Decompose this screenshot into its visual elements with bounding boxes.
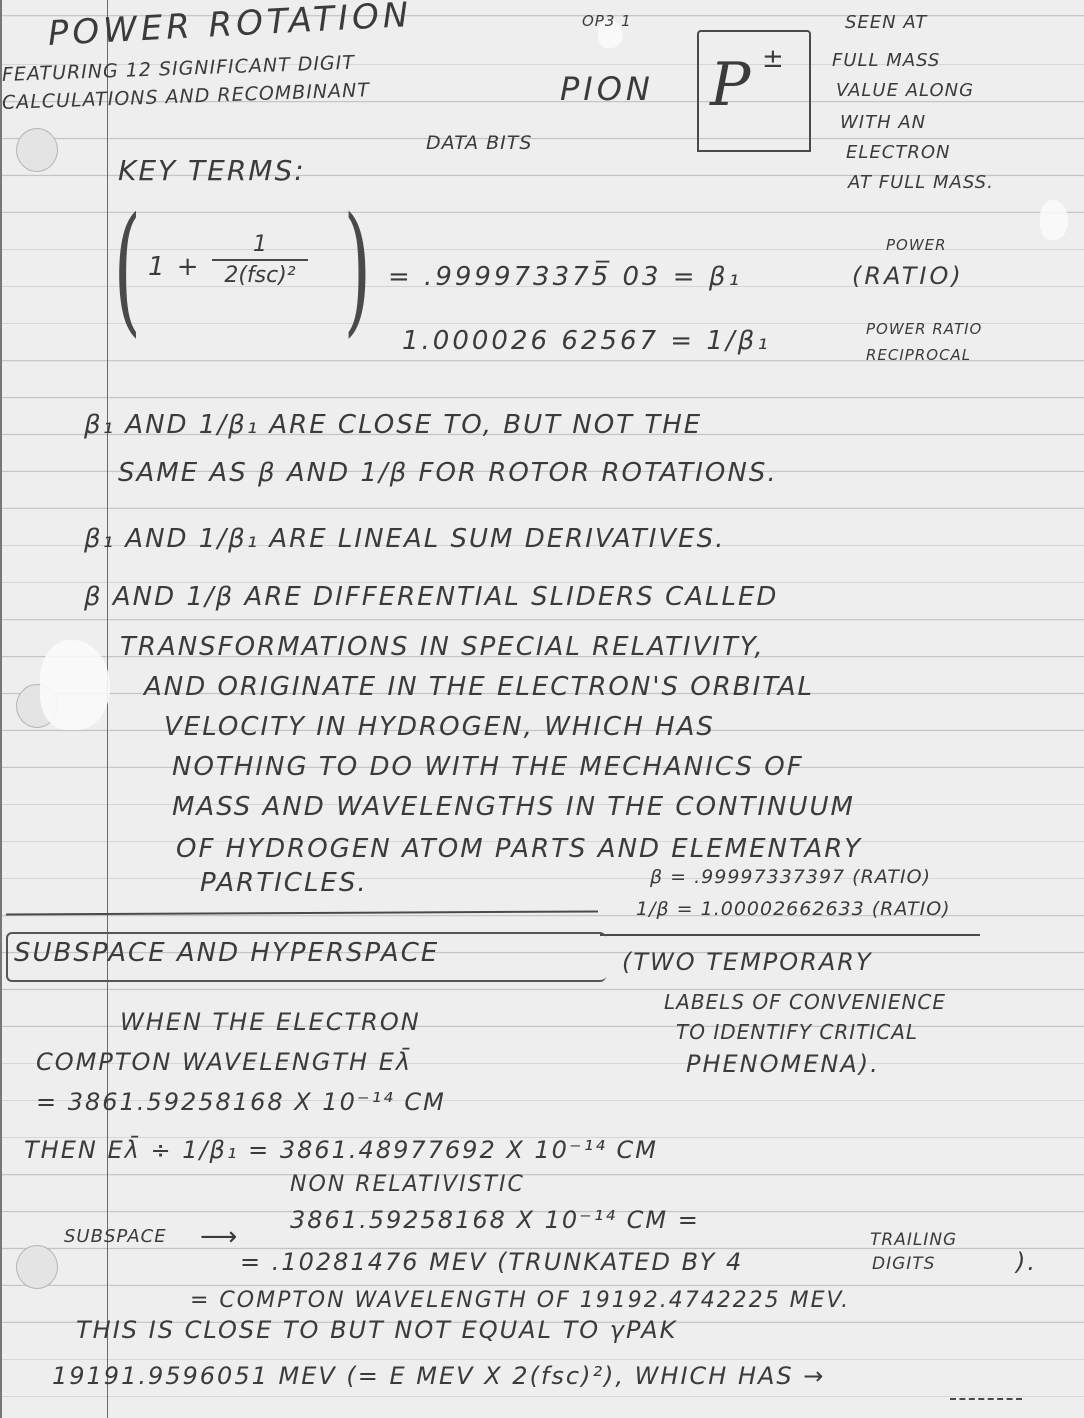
open-paren: ( — [114, 188, 141, 351]
section-line: = 3861.59258168 X 10⁻¹⁴ CM — [36, 1088, 446, 1116]
paragraph-line: β₁ AND 1/β₁ ARE CLOSE TO, BUT NOT THE — [84, 410, 702, 440]
inv-beta-ratio: 1/β = 1.00002662633 (RATIO) — [636, 898, 951, 920]
inv-beta1-note: RECIPROCAL — [866, 346, 971, 364]
punch-hole — [16, 128, 58, 172]
paper-smudge — [1040, 200, 1068, 240]
section-line: WHEN THE ELECTRON — [120, 1008, 421, 1036]
section-aside-line: LABELS OF CONVENIENCE — [664, 990, 946, 1014]
paragraph-line: TRANSFORMATIONS IN SPECIAL RELATIVITY, — [120, 632, 765, 662]
paragraph-line: β AND 1/β ARE DIFFERENTIAL SLIDERS CALLE… — [84, 582, 778, 612]
punch-hole — [16, 1245, 58, 1289]
paragraph-line: β₁ AND 1/β₁ ARE LINEAL SUM DERIVATIVES. — [84, 524, 725, 554]
side-note-line: ELECTRON — [846, 142, 950, 163]
section-line: COMPTON WAVELENGTH Eλ̄ — [36, 1048, 412, 1076]
close-paren: ) — [344, 188, 371, 351]
pion-charge: ± — [762, 46, 784, 72]
paragraph-line: MASS AND WAVELENGTHS IN THE CONTINUUM — [172, 792, 855, 822]
formula-fraction: 1 2(fsc)² — [212, 232, 308, 288]
subspace-value: 3861.59258168 X 10⁻¹⁴ CM = — [290, 1206, 700, 1234]
paragraph-line: PARTICLES. — [200, 868, 368, 898]
paragraph-line: NOTHING TO DO WITH THE MECHANICS OF — [172, 752, 804, 782]
section-heading: SUBSPACE AND HYPERSPACE — [14, 938, 439, 968]
margin-line — [107, 0, 108, 1418]
mev-note-bottom: DIGITS — [872, 1254, 935, 1274]
side-note-line: VALUE ALONG — [836, 80, 974, 101]
final-line: 19191.9596051 MEV (= E MEV X 2(fsc)²), W… — [52, 1362, 825, 1390]
inv-beta1-value: 1.000026 62567 = 1/β₁ — [402, 326, 771, 356]
fraction-denominator: 2(fsc)² — [224, 263, 295, 288]
beta1-note-top: POWER — [886, 236, 947, 254]
section-line: NON RELATIVISTIC — [290, 1172, 525, 1197]
pion-label: PION — [560, 70, 654, 108]
section-aside-line: PHENOMENA). — [686, 1050, 880, 1078]
paragraph-line: SAME AS β AND 1/β FOR ROTOR ROTATIONS. — [118, 458, 778, 488]
pion-symbol: P — [710, 50, 750, 120]
beta1-note: (RATIO) — [852, 262, 964, 290]
paragraph-line: VELOCITY IN HYDROGEN, WHICH HAS — [164, 712, 715, 742]
mev-value: = .10281476 MEV (TRUNKATED BY 4 — [240, 1248, 743, 1276]
formula-prefix: 1 + — [148, 252, 201, 282]
side-note-line: AT FULL MASS. — [848, 172, 994, 193]
subtitle-line: DATA BITS — [426, 132, 532, 154]
section-aside-line: (TWO TEMPORARY — [622, 948, 873, 976]
page-edge — [0, 0, 2, 1418]
beta1-value: = .999973375̅ 03 = β₁ — [388, 262, 742, 292]
key-terms-label: KEY TERMS: — [118, 154, 306, 187]
mev-close: ). — [1016, 1248, 1037, 1276]
subspace-arrow: ⟶ — [200, 1222, 239, 1252]
section-line: THEN Eλ̄ ÷ 1/β₁ = 3861.48977692 X 10⁻¹⁴ … — [24, 1136, 658, 1164]
section-aside-line: TO IDENTIFY CRITICAL — [676, 1020, 918, 1044]
paragraph-line: OF HYDROGEN ATOM PARTS AND ELEMENTARY — [176, 834, 862, 864]
compton-line: = COMPTON WAVELENGTH OF 19192.4742225 ME… — [190, 1288, 850, 1313]
beta-ratio: β = .99997337397 (RATIO) — [650, 866, 931, 888]
mev-note-top: TRAILING — [870, 1230, 957, 1250]
side-note-line: WITH AN — [840, 112, 926, 133]
paragraph-line: AND ORIGINATE IN THE ELECTRON'S ORBITAL — [144, 672, 814, 702]
inv-beta1-note: POWER RATIO — [866, 320, 982, 338]
section-rule — [600, 934, 980, 936]
page-mark: OP3 1 — [582, 12, 632, 30]
side-note-line: SEEN AT — [845, 12, 927, 33]
fraction-numerator: 1 — [253, 232, 267, 257]
side-note-line: FULL MASS — [832, 50, 940, 71]
underline-dashes — [950, 1398, 1022, 1400]
subspace-label: SUBSPACE — [64, 1226, 167, 1247]
paper-smudge — [40, 640, 110, 730]
close-line: THIS IS CLOSE TO BUT NOT EQUAL TO γPAK — [76, 1316, 677, 1344]
